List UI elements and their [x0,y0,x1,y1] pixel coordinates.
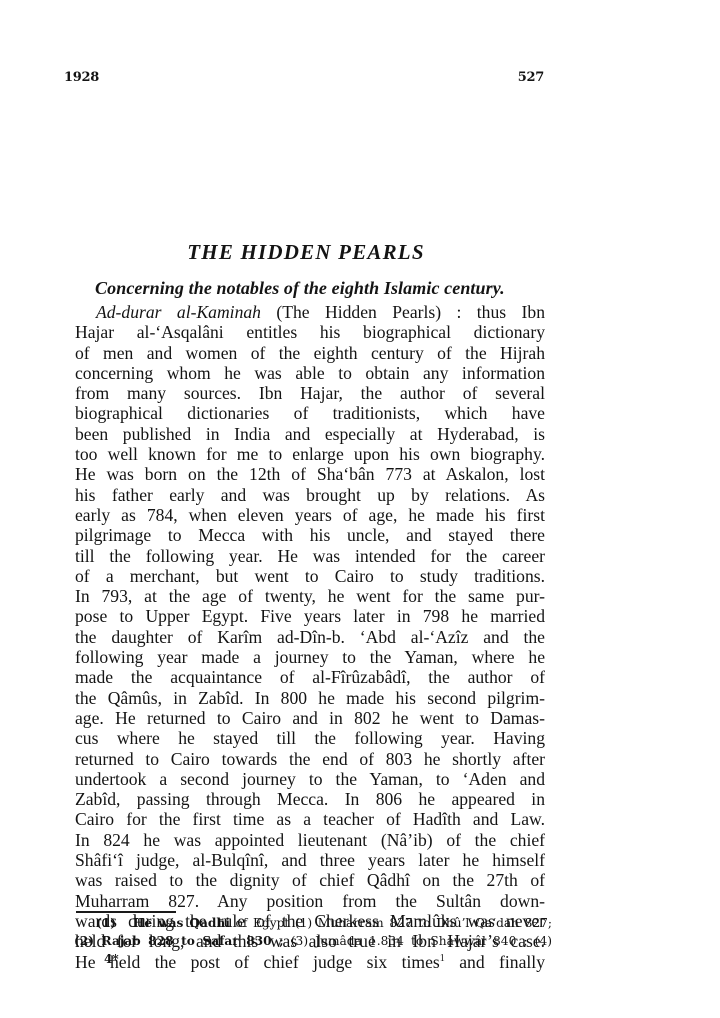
body-line: age. He returned to Cairo and in 802 he … [75,708,545,728]
body-line: been published in India and especially a… [75,424,545,444]
body-line: Hajar al-‘Asqalâni entitles his biograph… [75,322,545,342]
body-line: In 793, at the age of twenty, he went fo… [75,586,545,606]
body-line: pilgrimage to Mecca with his uncle, and … [75,525,545,545]
body-line: Zabîd, passing through Mecca. In 806 he … [75,789,545,809]
body-line: from many sources. Ibn Hajar, the author… [75,383,545,403]
body-line: early as 784, when eleven years of age, … [75,505,545,525]
body-line: Muharram 827. Any position from the Sult… [75,891,545,911]
footnote-line: (2) Rajab 828 to Safar 830 ; (3) Jumâda … [74,932,552,950]
body-line: In 824 he was appointed lieutenant (Nâ’i… [75,830,545,850]
body-line: concerning whom he was able to obtain an… [75,363,545,383]
body-line: following year made a journey to the Yam… [75,647,545,667]
body-line: Shâfi‘î judge, al-Bulqînî, and three yea… [75,850,545,870]
header-year: 1928 [64,70,99,85]
body-line: his father early and was brought up by r… [75,485,545,505]
body-line: made the acquaintance of al-Fîrûzabâdî, … [75,667,545,687]
body-line: cus where he stayed till the following y… [75,728,545,748]
body-line: pose to Upper Egypt. Five years later in… [75,606,545,626]
article-title: THE HIDDEN PEARLS [0,240,612,265]
body-line: of men and women of the eighth century o… [75,343,545,363]
body-line: returned to Cairo towards the end of 803… [75,749,545,769]
article-subtitle: Concerning the notables of the eighth Is… [95,278,555,299]
running-head: 1928 527 [64,70,544,85]
body-line: was raised to the dignity of chief Qâdhî… [75,870,545,890]
body-line: too well known for me to enlarge upon hi… [75,444,545,464]
body-line: the daughter of Karîm ad-Dîn-b. ‘Abd al-… [75,627,545,647]
footnote-line: (1) He was Qadhi of Egypt (1) Muharram 8… [74,914,552,932]
body-line: Ad-durar al-Kaminah (The Hidden Pearls) … [75,302,545,322]
body-line: of a merchant, but went to Cairo to stud… [75,566,545,586]
footnote-divider [76,911,176,913]
body-line: Cairo for the first time as a teacher of… [75,809,545,829]
footnote-marker: (1) [96,916,116,930]
signature-mark: 4* [74,950,552,968]
article-body: Ad-durar al-Kaminah (The Hidden Pearls) … [75,302,545,972]
body-line: biographical dictionaries of traditionis… [75,403,545,423]
book-title-italic: Ad-durar al-Kaminah [96,302,261,322]
header-page-number: 527 [518,70,544,85]
body-line: undertook a second journey to the Yaman,… [75,769,545,789]
footnotes: (1) He was Qadhi of Egypt (1) Muharram 8… [74,914,552,968]
body-line: the Qâmûs, in Zabîd. In 800 he made his … [75,688,545,708]
body-line: He was born on the 12th of Sha‘bân 773 a… [75,464,545,484]
body-line: till the following year. He was intended… [75,546,545,566]
